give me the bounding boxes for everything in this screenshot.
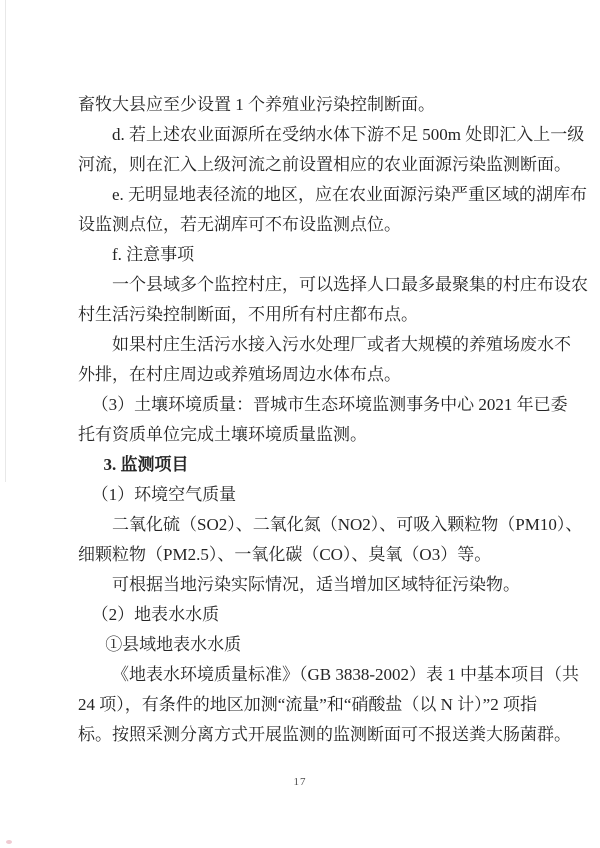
text-line: 一个县域多个监控村庄，可以选择人口最多最聚集的村庄布设农 bbox=[78, 270, 530, 300]
text-line: e. 无明显地表径流的地区，应在农业面源污染严重区域的湖库布 bbox=[78, 180, 530, 210]
text-line: 标。按照采测分离方式开展监测的监测断面可不报送粪大肠菌群。 bbox=[78, 720, 530, 750]
text-line: 设监测点位，若无湖库可不布设监测点位。 bbox=[78, 210, 530, 240]
scan-artifact-line bbox=[5, 0, 6, 482]
sub-heading: （2）地表水水质 bbox=[78, 600, 530, 630]
text-line: 可根据当地污染实际情况，适当增加区域特征污染物。 bbox=[78, 570, 530, 600]
page-number: 17 bbox=[0, 776, 600, 788]
text-line: f. 注意事项 bbox=[78, 240, 530, 270]
text-line: 《地表水环境质量标准》（GB 3838-2002）表 1 中基本项目（共 bbox=[78, 660, 530, 690]
text-line: 河流，则在汇入上级河流之前设置相应的农业面源污染监测断面。 bbox=[78, 150, 530, 180]
text-line: 二氧化硫（SO2）、二氧化氮（NO2）、可吸入颗粒物（PM10）、 bbox=[78, 510, 530, 540]
scan-artifact-dot bbox=[6, 840, 12, 844]
text-line: 畜牧大县应至少设置 1 个养殖业污染控制断面。 bbox=[78, 90, 530, 120]
text-line: 如果村庄生活污水接入污水处理厂或者大规模的养殖场废水不 bbox=[78, 330, 530, 360]
page-content: 畜牧大县应至少设置 1 个养殖业污染控制断面。 d. 若上述农业面源所在受纳水体… bbox=[78, 90, 530, 750]
document-page: 畜牧大县应至少设置 1 个养殖业污染控制断面。 d. 若上述农业面源所在受纳水体… bbox=[0, 0, 600, 848]
text-line: 24 项），有条件的地区加测“流量”和“硝酸盐（以 N 计）”2 项指 bbox=[78, 690, 530, 720]
text-line: （3）土壤环境质量：晋城市生态环境监测事务中心 2021 年已委 bbox=[78, 390, 530, 420]
text-line: 外排，在村庄周边或养殖场周边水体布点。 bbox=[78, 360, 530, 390]
section-heading: 3. 监测项目 bbox=[78, 450, 530, 480]
text-line: 细颗粒物（PM2.5）、一氧化碳（CO）、臭氧（O3）等。 bbox=[78, 540, 530, 570]
sub-heading: ①县域地表水水质 bbox=[78, 630, 530, 660]
text-line: 村生活污染控制断面，不用所有村庄都布点。 bbox=[78, 300, 530, 330]
text-line: d. 若上述农业面源所在受纳水体下游不足 500m 处即汇入上一级 bbox=[78, 120, 530, 150]
sub-heading: （1）环境空气质量 bbox=[78, 480, 530, 510]
text-line: 托有资质单位完成土壤环境质量监测。 bbox=[78, 420, 530, 450]
